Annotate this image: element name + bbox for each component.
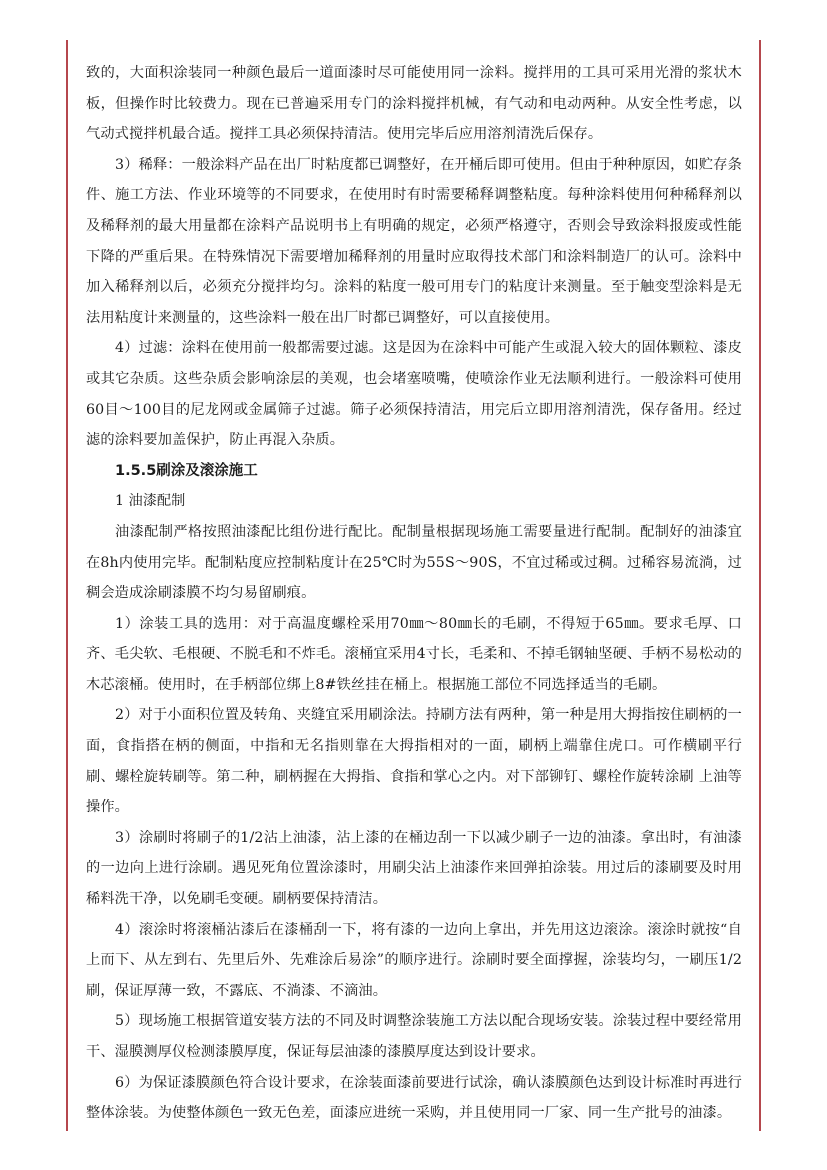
paragraph-brushing: 3）涂刷时将刷子的1/2沾上油漆，沾上漆的在桶边刮一下以减少刷子一边的油漆。拿出… [86,823,742,915]
paragraph-site-adjustment: 5）现场施工根据管道安装方法的不同及时调整涂装施工方法以配合现场安装。涂装过程中… [86,1006,742,1067]
paragraph-color-trial: 6）为保证漆膜颜色符合设计要求，在涂装面漆前要进行试涂，确认漆膜颜色达到设计标准… [86,1068,742,1129]
paragraph-tool-selection: 1）涂装工具的选用：对于高温度螺栓采用70㎜～80㎜长的毛刷，不得短于65㎜。要… [86,609,742,701]
section-heading: 1.5.5刷涂及滚涂施工 [86,456,742,487]
paragraph-brush-method: 2）对于小面积位置及转角、夹缝宜采用刷涂法。持刷方法有两种，第一种是用大拇指按住… [86,700,742,822]
paragraph-rolling: 4）滚涂时将滚桶沾漆后在漆桶刮一下，将有漆的一边向上拿出，并先用这边滚涂。滚涂时… [86,915,742,1007]
document-body: 致的，大面积涂装同一种颜色最后一道面漆时尽可能使用同一涂料。搅拌用的工具可采用光… [86,58,742,1129]
paragraph-dilution: 3）稀释：一般涂料产品在出厂时粘度都已调整好，在开桶后即可使用。但由于种种原因，… [86,150,742,334]
paragraph-stirring-continued: 致的，大面积涂装同一种颜色最后一道面漆时尽可能使用同一涂料。搅拌用的工具可采用光… [86,58,742,150]
paragraph-paint-mixing: 油漆配制严格按照油漆配比组份进行配比。配制量根据现场施工需要量进行配制。配制好的… [86,517,742,609]
subsection-heading: 1 油漆配制 [86,486,742,517]
page-border-left [66,40,68,1131]
paragraph-filtering: 4）过滤：涂料在使用前一般都需要过滤。这是因为在涂料中可能产生或混入较大的固体颗… [86,333,742,455]
page-border-right [759,40,761,1131]
